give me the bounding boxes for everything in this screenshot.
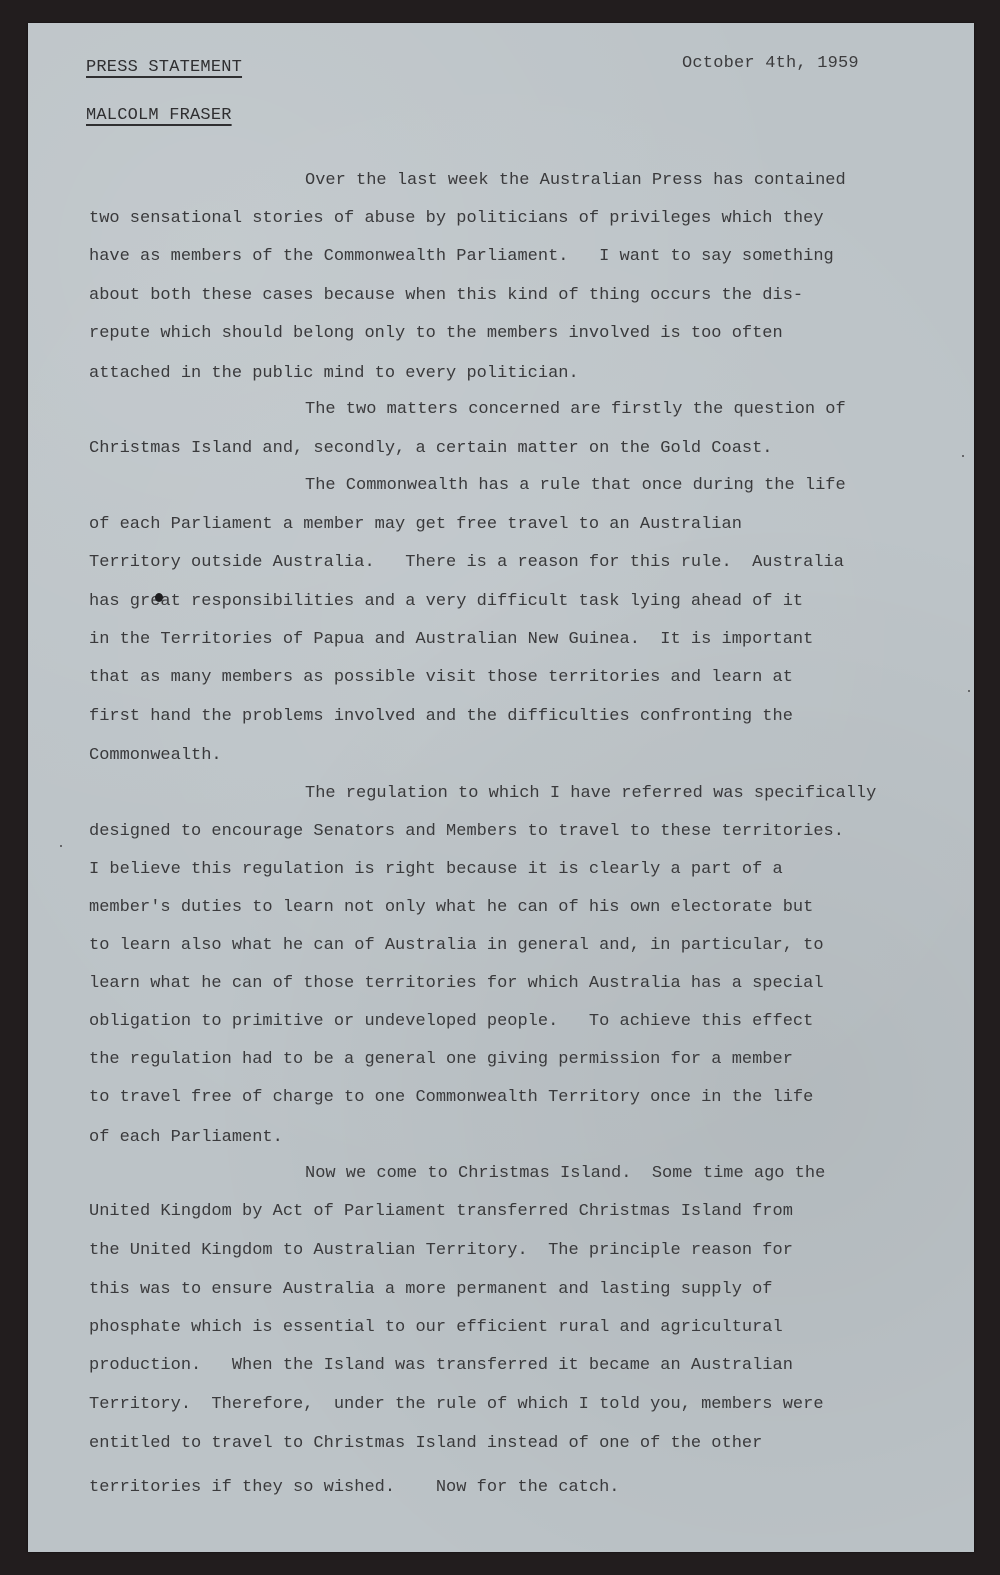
paragraph-line: Christmas Island and, secondly, a certai… (89, 439, 773, 458)
paragraph-line: United Kingdom by Act of Parliament tran… (89, 1202, 793, 1221)
paragraph-line: the regulation had to be a general one g… (89, 1050, 793, 1069)
paper-speck (968, 690, 970, 692)
paragraph-line: The Commonwealth has a rule that once du… (305, 476, 846, 495)
paragraph-line: learn what he can of those territories f… (89, 974, 824, 993)
paragraph-line: The regulation to which I have referred … (305, 784, 876, 803)
paragraph-line: member's duties to learn not only what h… (89, 898, 813, 917)
paragraph-line: The two matters concerned are firstly th… (305, 400, 846, 419)
paper-speck (60, 845, 62, 847)
paragraph-line: I believe this regulation is right becau… (89, 860, 783, 879)
paragraph-line: of each Parliament. (89, 1128, 283, 1147)
paragraph-line: repute which should belong only to the m… (89, 324, 783, 343)
paragraph-line: first hand the problems involved and the… (89, 707, 793, 726)
paragraph-line: of each Parliament a member may get free… (89, 515, 742, 534)
document-date: October 4th, 1959 (682, 54, 859, 73)
paragraph-line: Over the last week the Australian Press … (305, 171, 846, 190)
paragraph-line: obligation to primitive or undeveloped p… (89, 1012, 813, 1031)
paragraph-line: in the Territories of Papua and Australi… (89, 630, 813, 649)
paragraph-line: territories if they so wished. Now for t… (89, 1478, 620, 1497)
paragraph-line: Commonwealth. (89, 746, 222, 765)
paragraph-line: Territory. Therefore, under the rule of … (89, 1395, 824, 1414)
ink-blot (155, 593, 163, 602)
heading-author: MALCOLM FRASER (86, 106, 232, 125)
paragraph-line: entitled to travel to Christmas Island i… (89, 1434, 762, 1453)
paragraph-line: to learn also what he can of Australia i… (89, 936, 824, 955)
paragraph-line: two sensational stories of abuse by poli… (89, 209, 824, 228)
heading-press-statement: PRESS STATEMENT (86, 58, 242, 77)
paragraph-line: to travel free of charge to one Commonwe… (89, 1088, 813, 1107)
paragraph-line: has great responsibilities and a very di… (89, 592, 803, 611)
paragraph-line: production. When the Island was transfer… (89, 1356, 793, 1375)
paper-speck (962, 455, 964, 457)
paragraph-line: that as many members as possible visit t… (89, 668, 793, 687)
paragraph-line: about both these cases because when this… (89, 286, 803, 305)
paragraph-line: this was to ensure Australia a more perm… (89, 1280, 773, 1299)
paragraph-line: designed to encourage Senators and Membe… (89, 822, 844, 841)
paragraph-line: Now we come to Christmas Island. Some ti… (305, 1164, 825, 1183)
paragraph-line: the United Kingdom to Australian Territo… (89, 1241, 793, 1260)
paragraph-line: Territory outside Australia. There is a … (89, 553, 844, 572)
paragraph-line: attached in the public mind to every pol… (89, 364, 579, 383)
paragraph-line: have as members of the Commonwealth Parl… (89, 247, 834, 266)
paragraph-line: phosphate which is essential to our effi… (89, 1318, 783, 1337)
